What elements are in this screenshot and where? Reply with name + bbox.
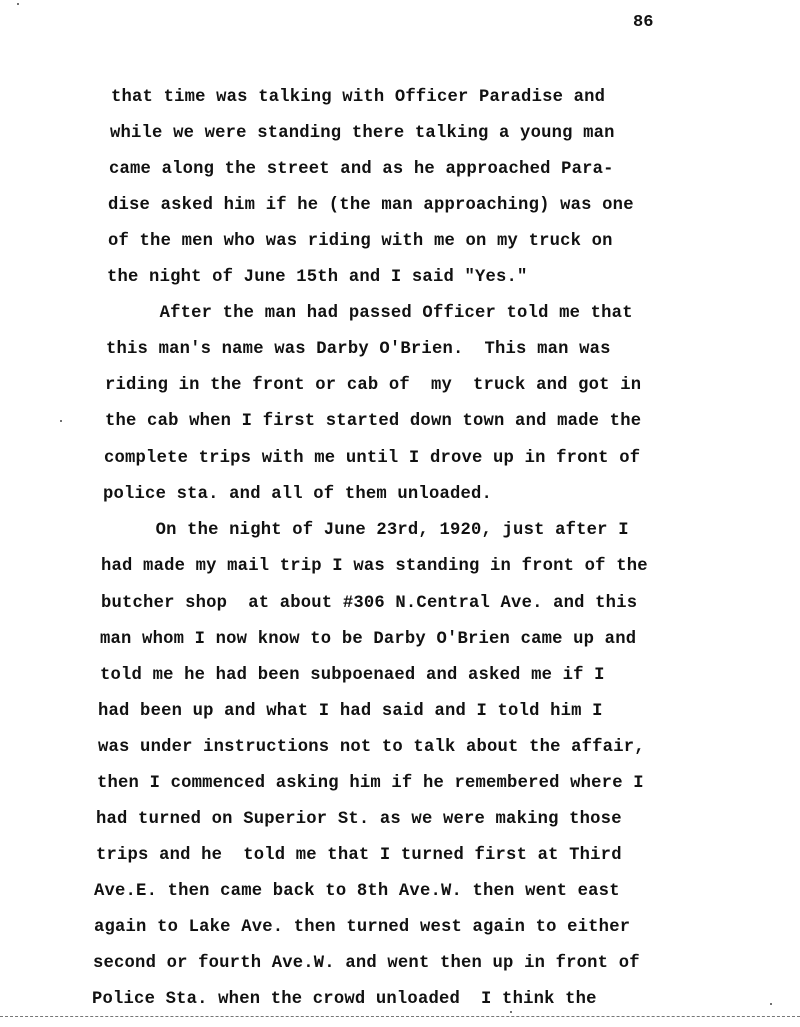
text-line: man whom I now know to be Darby O'Brien … <box>100 630 636 650</box>
scan-speck <box>770 1003 772 1005</box>
text-line: complete trips with me until I drove up … <box>104 449 640 469</box>
text-line: again to Lake Ave. then turned west agai… <box>94 918 630 938</box>
text-line: came along the street and as he approach… <box>109 160 614 180</box>
text-line: second or fourth Ave.W. and went then up… <box>93 954 640 974</box>
document-page: 86 that time was talking with Officer Pa… <box>0 0 800 1027</box>
text-line: had been up and what I had said and I to… <box>98 702 603 722</box>
text-line: Ave.E. then came back to 8th Ave.W. then… <box>94 882 620 902</box>
text-line: had turned on Superior St. as we were ma… <box>96 810 622 830</box>
text-line: while we were standing there talking a y… <box>110 124 615 144</box>
page-number: 86 <box>633 13 653 32</box>
text-line: of the men who was riding with me on my … <box>108 232 613 252</box>
text-line: that time was talking with Officer Parad… <box>111 88 605 108</box>
text-line: this man's name was Darby O'Brien. This … <box>106 340 611 360</box>
text-line: riding in the front or cab of my truck a… <box>105 376 641 396</box>
text-line: told me he had been subpoenaed and asked… <box>100 666 605 686</box>
text-line: police sta. and all of them unloaded. <box>103 485 492 505</box>
text-line: butcher shop at about #306 N.Central Ave… <box>101 594 637 614</box>
scan-speck <box>510 1011 512 1013</box>
text-line: had made my mail trip I was standing in … <box>101 557 648 577</box>
text-line: the night of June 15th and I said "Yes." <box>107 268 528 288</box>
text-line: After the man had passed Officer told me… <box>107 304 633 324</box>
page-bottom-edge <box>0 1016 800 1017</box>
text-line: dise asked him if he (the man approachin… <box>108 196 634 216</box>
text-line: then I commenced asking him if he rememb… <box>97 774 644 794</box>
scan-speck <box>60 420 62 422</box>
text-line: the cab when I first started down town a… <box>105 412 641 432</box>
text-line: was under instructions not to talk about… <box>98 738 645 758</box>
scan-speck <box>17 3 19 5</box>
text-line: Police Sta. when the crowd unloaded I th… <box>92 990 597 1010</box>
text-line: On the night of June 23rd, 1920, just af… <box>103 521 629 541</box>
text-line: trips and he told me that I turned first… <box>96 846 622 866</box>
